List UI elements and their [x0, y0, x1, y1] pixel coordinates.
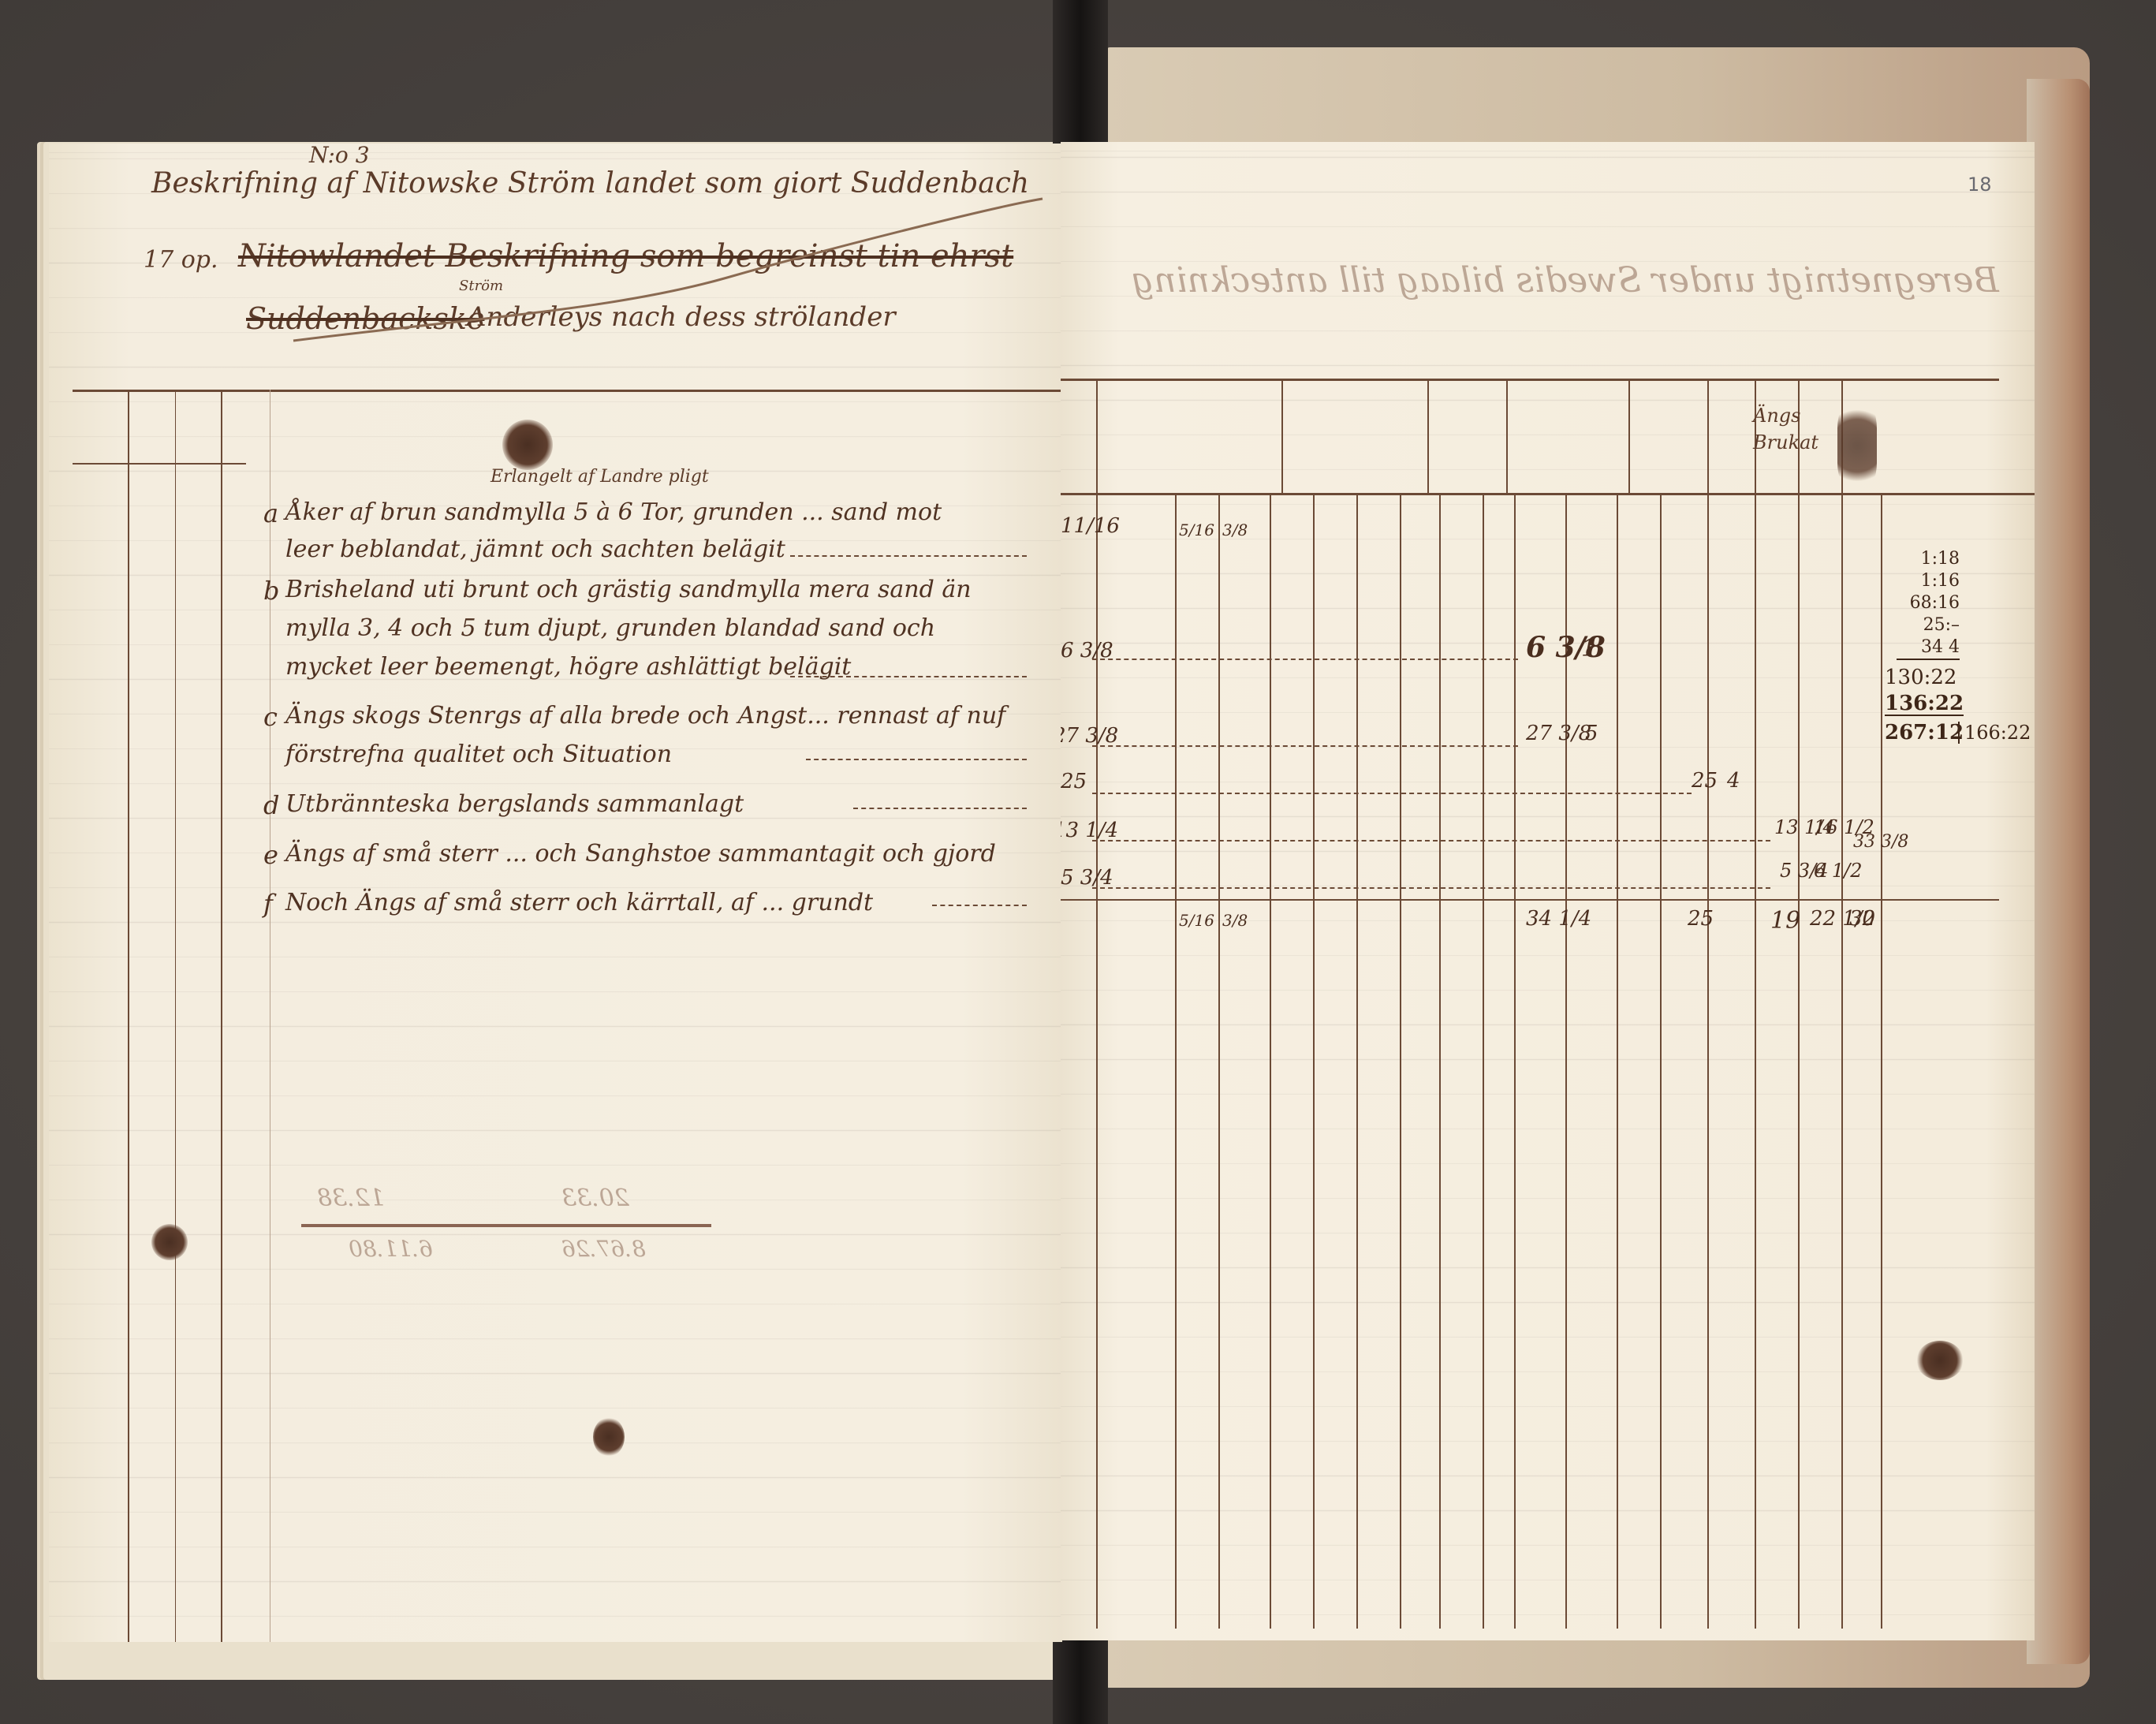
- leader-line: [1092, 840, 1770, 841]
- margin-total-right: 166:22: [1958, 722, 2031, 744]
- entry-b: b Brisheland uti brunt och grästig sandm…: [285, 576, 972, 681]
- leader-line: [790, 676, 1027, 677]
- header-column-rule: [1096, 379, 1098, 493]
- column-rule: [1881, 493, 1882, 1629]
- column-rule: [1798, 493, 1800, 1629]
- entry-d: d Utbrännteska bergslands sammanlagt: [285, 790, 744, 818]
- offset-bleed-text: 12.38: [317, 1185, 385, 1212]
- totals-rule: [1061, 899, 1999, 901]
- margin-sum: 1:18 1:16 68:16 25:– 34 4: [1897, 548, 1960, 660]
- total: 34 1/4: [1526, 907, 1591, 931]
- subvalue: 3/8: [1222, 521, 1248, 539]
- column-rule: [1755, 493, 1756, 1629]
- header-column-rule: [1427, 379, 1429, 493]
- column-rule: [1313, 493, 1315, 1629]
- column-rule: [1400, 493, 1401, 1629]
- header-bottom-rule: [1061, 493, 2035, 495]
- total: 3/8: [1222, 911, 1248, 930]
- scribble-blot: [1837, 402, 1877, 489]
- leader-line: [1092, 745, 1518, 747]
- leader-line: [1092, 793, 1692, 794]
- left-page: N:o 3 Beskrifning af Nitowske Ström land…: [49, 144, 1062, 1642]
- subvalue: 5/16: [1179, 521, 1214, 539]
- column-rule: [1356, 493, 1358, 1629]
- total: 5/16: [1179, 911, 1214, 930]
- leader-line: [932, 905, 1027, 906]
- column-rule: [1270, 493, 1271, 1629]
- margin-second: 136:22: [1885, 692, 1964, 716]
- section-caption: Erlangelt af Landre pligt: [491, 467, 709, 487]
- column-header-label: Ängs Brukat: [1753, 402, 1800, 456]
- table-top-rule: [1061, 379, 1999, 381]
- value-d: 25: [1061, 770, 1087, 793]
- page-stack-edge: [2027, 79, 2090, 1664]
- column-rule: [1660, 493, 1662, 1629]
- value-d-col: 25: [1692, 769, 1718, 793]
- column-rule: [1439, 493, 1441, 1629]
- column-rule: [1841, 493, 1843, 1629]
- leader-line: [1092, 887, 1770, 889]
- value-c: 27 3/8: [1061, 724, 1118, 748]
- offset-bleed-text: 20.33: [561, 1185, 629, 1212]
- feint-ruling: [1061, 142, 2035, 1640]
- header-column-rule: [1281, 379, 1283, 493]
- page-number: 18: [1968, 174, 1992, 196]
- offset-rule: [301, 1224, 711, 1227]
- offset-bleed-text: 8.67.26: [561, 1236, 646, 1262]
- entry-f: f Noch Ängs af små sterr och kärrtall, a…: [285, 889, 873, 916]
- header-column-rule: [1707, 379, 1709, 493]
- right-page: 18 Beregnetnigt under Swedis bilaag till…: [1061, 142, 2035, 1640]
- ink-blot: [151, 1224, 188, 1260]
- total: 30: [1849, 907, 1875, 931]
- stub-rule: [73, 463, 246, 465]
- entry-e: e Ängs af små sterr ... och Sanghstoe sa…: [285, 840, 996, 868]
- leader-line: [853, 808, 1027, 809]
- column-rule: [175, 390, 176, 1642]
- leader-line: [1092, 659, 1518, 660]
- total: 19: [1770, 907, 1800, 935]
- column-rule: [1707, 493, 1709, 1629]
- value-f: 5 3/4: [1061, 866, 1113, 890]
- ink-blot: [1916, 1341, 1964, 1380]
- header-column-rule: [1628, 379, 1630, 493]
- value-d-col2: 4: [1727, 769, 1740, 793]
- margin-subtotal: 130:22: [1885, 666, 1956, 688]
- value-f-col2: 6 1/2: [1814, 860, 1863, 882]
- value-b-col2: 1: [1581, 635, 1596, 662]
- entry-a: a Åker af brun sandmylla 5 à 6 Tor, grun…: [285, 498, 942, 563]
- column-rule: [221, 390, 222, 1642]
- column-rule: [1617, 493, 1618, 1629]
- value-c-col2: 5: [1585, 722, 1598, 745]
- total: 25: [1688, 907, 1714, 931]
- offset-bleed-text: 6.11.80: [349, 1236, 433, 1262]
- value-extra: 33 3/8: [1853, 832, 1908, 852]
- margin-note: 17 op.: [144, 246, 218, 274]
- bleed-through-heading: Beregnetnigt under Swedis bilaag till an…: [1132, 260, 1999, 300]
- column-rule: [1483, 493, 1484, 1629]
- column-rule: [1096, 493, 1098, 1629]
- ink-seal-blot: [502, 420, 553, 470]
- number-label: N:o 3: [309, 144, 370, 168]
- header-column-rule: [1506, 379, 1508, 493]
- column-rule: [1218, 493, 1220, 1629]
- value-e: 13 1/4: [1061, 819, 1118, 842]
- leader-line: [790, 555, 1027, 557]
- value-c-col: 27 3/8: [1526, 722, 1591, 745]
- column-rule: [128, 390, 129, 1642]
- margin-total-left: 267:12: [1885, 722, 1964, 744]
- ink-blot: [593, 1417, 625, 1457]
- column-rule: [1175, 493, 1177, 1629]
- value-a: 11/16: [1061, 514, 1120, 538]
- cancel-stroke: [285, 191, 1062, 349]
- column-rule: [1514, 493, 1516, 1629]
- leader-line: [806, 759, 1027, 760]
